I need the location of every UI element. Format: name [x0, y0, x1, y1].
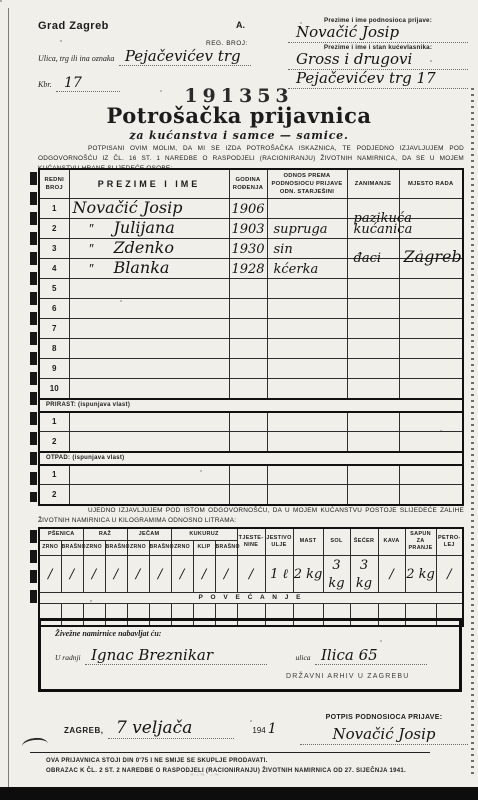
row-number: 2 — [39, 219, 69, 239]
table-row: 4 ″Blanka 1928 kćerka — [39, 259, 463, 279]
subcol-grain: ZRNO — [39, 540, 61, 555]
table-row: 8 — [39, 339, 463, 359]
date-handwritten: 7 veljača — [108, 720, 234, 739]
footnotes: OVA PRIJAVNICA STOJI DIN 0'75 I NE SMIJE… — [46, 756, 456, 776]
supply-value: / — [158, 567, 162, 582]
row-number: 2 — [39, 485, 69, 505]
shop-label: U radnji — [55, 653, 81, 662]
otpad-section-header: OTPAD: (ispunjava vlast) — [39, 452, 463, 465]
table-row: 1 Novačić Josip 1906 pazikuća — [39, 199, 463, 219]
shop-line: U radnji Ignac Breznikar ulica Ilica 65 — [55, 647, 427, 665]
applicant-name-handwritten: Novačić Josip — [288, 25, 468, 43]
subcol-flour: BRAŠNO — [149, 540, 171, 555]
city-heading: Grad Zagreb — [38, 20, 109, 32]
supply-value: / — [136, 567, 140, 582]
ration-card-form: ~·~ ·~ Grad Zagreb Ulica, trg ili ina oz… — [0, 0, 478, 800]
group-header-wheat: PŠENICA — [39, 528, 83, 540]
table-row: 3 ″Zdenko 1930 sin đaci Zagreb — [39, 239, 463, 259]
street-handwritten-value: Pejačevićev trg — [119, 49, 251, 66]
supply-value: 3 kg — [328, 558, 344, 591]
row-number: 1 — [39, 199, 69, 219]
ditto-mark: ″ — [70, 261, 114, 276]
scan-bottom-bar — [0, 787, 478, 800]
table-row: 10 — [39, 379, 463, 399]
ditto-mark: ″ — [70, 241, 114, 256]
group-header-corn: KUKURUZ — [171, 528, 237, 540]
relation: kćerka — [274, 262, 319, 277]
signature-block: POTPIS PODNOSIOCA PRIJAVE: Novačić Josip — [300, 714, 468, 745]
paper-speckles — [0, 0, 2, 2]
otpad-row: 2 — [39, 485, 463, 505]
signature-label: POTPIS PODNOSIOCA PRIJAVE: — [300, 714, 468, 721]
prirast-row: 1 — [39, 412, 463, 432]
supplies-values-row: / / / / / / / / / / 1 ℓ 2 kg 3 kg 3 kg /… — [39, 555, 463, 592]
col-header-salt: SOL — [323, 528, 350, 555]
birth-year: 1903 — [231, 222, 264, 237]
povecanje-band: P O V E Ć A N J E — [39, 592, 463, 603]
row-number: 4 — [39, 259, 69, 279]
left-binding-marks-supplies — [30, 530, 37, 608]
occupation: pazikuća — [354, 212, 412, 225]
table-row: 6 — [39, 299, 463, 319]
place-label: ZAGREB, — [64, 726, 104, 735]
supply-value: 3 kg — [356, 558, 372, 591]
supply-value: 2 kg — [406, 567, 435, 582]
supply-value: / — [389, 567, 393, 582]
supply-value: / — [92, 567, 96, 582]
row-number: 9 — [39, 359, 69, 379]
archive-stamp: DRŽAVNI ARHIV U ZAGREBU — [286, 673, 410, 680]
row-number: 1 — [39, 465, 69, 485]
footnote-regulation: OBRAZAC K ČL. 2 ST. 2 NAREDBE O RASPODJE… — [46, 766, 456, 776]
supply-value: / — [224, 567, 228, 582]
subcol-cob: KLIP — [193, 540, 215, 555]
group-header-rye: RAŽ — [83, 528, 127, 540]
footnote-price: OVA PRIJAVNICA STOJI DIN 0'75 I NE SMIJE… — [46, 756, 456, 766]
col-header-name: PREZIME I IME — [69, 169, 229, 199]
otpad-label: OTPAD: (ispunjava vlast) — [39, 452, 463, 465]
person-name: Julijana — [114, 218, 175, 237]
col-header-coffee: KAVA — [378, 528, 405, 555]
supply-value: 2 kg — [294, 567, 323, 582]
form-title: Potrošačka prijavnica — [0, 103, 478, 128]
subcol-grain: ZRNO — [83, 540, 105, 555]
shop-declaration-box: Živežne namirnice nabavljat ću: U radnji… — [38, 618, 462, 692]
date-row: ZAGREB, 7 veljača 1941 — [64, 720, 279, 739]
registry-number-label: REG. BROJ: — [206, 40, 248, 47]
group-header-barley: JEČAM — [127, 528, 171, 540]
col-header-pasta: TJESTE-NINE — [237, 528, 265, 555]
supplies-table: PŠENICA RAŽ JEČAM KUKURUZ TJESTE-NINE JE… — [38, 527, 464, 627]
supply-value: 1 ℓ — [270, 567, 288, 582]
col-header-number: REDNI BROJ — [39, 169, 69, 199]
workplace: Zagreb — [404, 249, 462, 265]
supply-value: / — [70, 567, 74, 582]
occupation: đaci — [354, 252, 382, 265]
prirast-section-header: PRIRAST: (ispunjava vlast) — [39, 399, 463, 412]
supplies-declaration-paragraph: UJEDNO IZJAVLJUJEM POD ISTOM ODGOVORNOŠĆ… — [38, 506, 464, 526]
povecanje-label: P O V E Ć A N J E — [39, 592, 463, 603]
subcol-flour: BRAŠNO — [61, 540, 83, 555]
supply-value: / — [249, 567, 253, 582]
prirast-label: PRIRAST: (ispunjava vlast) — [39, 399, 463, 412]
prirast-row: 2 — [39, 432, 463, 452]
shop-street-handwritten: Ilica 65 — [315, 648, 427, 665]
street-label: Ulica, trg ili ina oznaka — [38, 54, 114, 63]
household-table: REDNI BROJ PREZIME I IME GODINA ROĐENJA … — [38, 168, 464, 506]
birth-year: 1906 — [231, 202, 264, 217]
shop-name-handwritten: Ignac Breznikar — [85, 648, 267, 665]
section-letter: A. — [236, 20, 245, 30]
col-header-lard: MAST — [293, 528, 323, 555]
table-row: 7 — [39, 319, 463, 339]
person-name: Novačić Josip — [73, 198, 183, 217]
col-header-sugar: ŠEĆER — [350, 528, 378, 555]
subcol-flour: BRAŠNO — [105, 540, 127, 555]
signature-handwritten: Novačić Josip — [300, 727, 468, 745]
col-header-kerosene: PETRO-LEJ — [436, 528, 463, 555]
supply-value: / — [202, 567, 206, 582]
applicant-block: Prezime i ime podnosioca prijave: Novači… — [288, 16, 468, 89]
person-name: Blanka — [114, 258, 170, 277]
person-name: Zdenko — [114, 238, 174, 257]
subcol-flour: BRAŠNO — [215, 540, 237, 555]
left-binding-marks-table — [30, 172, 37, 502]
row-number: 1 — [39, 412, 69, 432]
row-number: 6 — [39, 299, 69, 319]
supply-value: / — [180, 567, 184, 582]
col-header-workplace: MJESTO RADA — [399, 169, 463, 199]
row-number: 7 — [39, 319, 69, 339]
landlord-name-handwritten: Gross i drugovi — [288, 52, 468, 70]
supply-value: / — [447, 567, 451, 582]
row-number: 5 — [39, 279, 69, 299]
year-handwritten: 1 — [266, 722, 279, 736]
table-row: 9 — [39, 359, 463, 379]
table-row: 5 — [39, 279, 463, 299]
subcol-grain: ZRNO — [127, 540, 149, 555]
supply-value: / — [114, 567, 118, 582]
ditto-mark: ″ — [70, 221, 114, 236]
pen-stray-mark — [21, 737, 48, 754]
otpad-row: 1 — [39, 465, 463, 485]
shop-heading: Živežne namirnice nabavljat ću: — [55, 629, 161, 638]
perforation-dots — [471, 88, 474, 776]
subcol-grain: ZRNO — [171, 540, 193, 555]
street-field-row: Ulica, trg ili ina oznaka Pejačevićev tr… — [38, 48, 251, 66]
row-number: 8 — [39, 339, 69, 359]
relation: supruga — [274, 222, 328, 237]
birth-year: 1928 — [231, 262, 264, 277]
col-header-oil: JESTIVO ULJE — [265, 528, 293, 555]
row-number: 2 — [39, 432, 69, 452]
shop-street-label: ulica — [296, 653, 311, 662]
footnote-rule — [30, 752, 430, 753]
form-subtitle: za kućanstva i samce — samice. — [0, 129, 478, 142]
col-header-soap: SAPUN ZA PRANJE — [405, 528, 436, 555]
col-header-occupation: ZANIMANJE — [347, 169, 399, 199]
row-number: 3 — [39, 239, 69, 259]
birth-year: 1930 — [231, 242, 264, 257]
year-printed: 194 — [252, 726, 265, 735]
relation: sin — [274, 242, 293, 257]
row-number: 10 — [39, 379, 69, 399]
col-header-relation: ODNOS PREMA PODNOSIOCU PRIJAVE ODN. STAR… — [267, 169, 347, 199]
supply-value: / — [48, 567, 52, 582]
col-header-birth-year: GODINA ROĐENJA — [229, 169, 267, 199]
